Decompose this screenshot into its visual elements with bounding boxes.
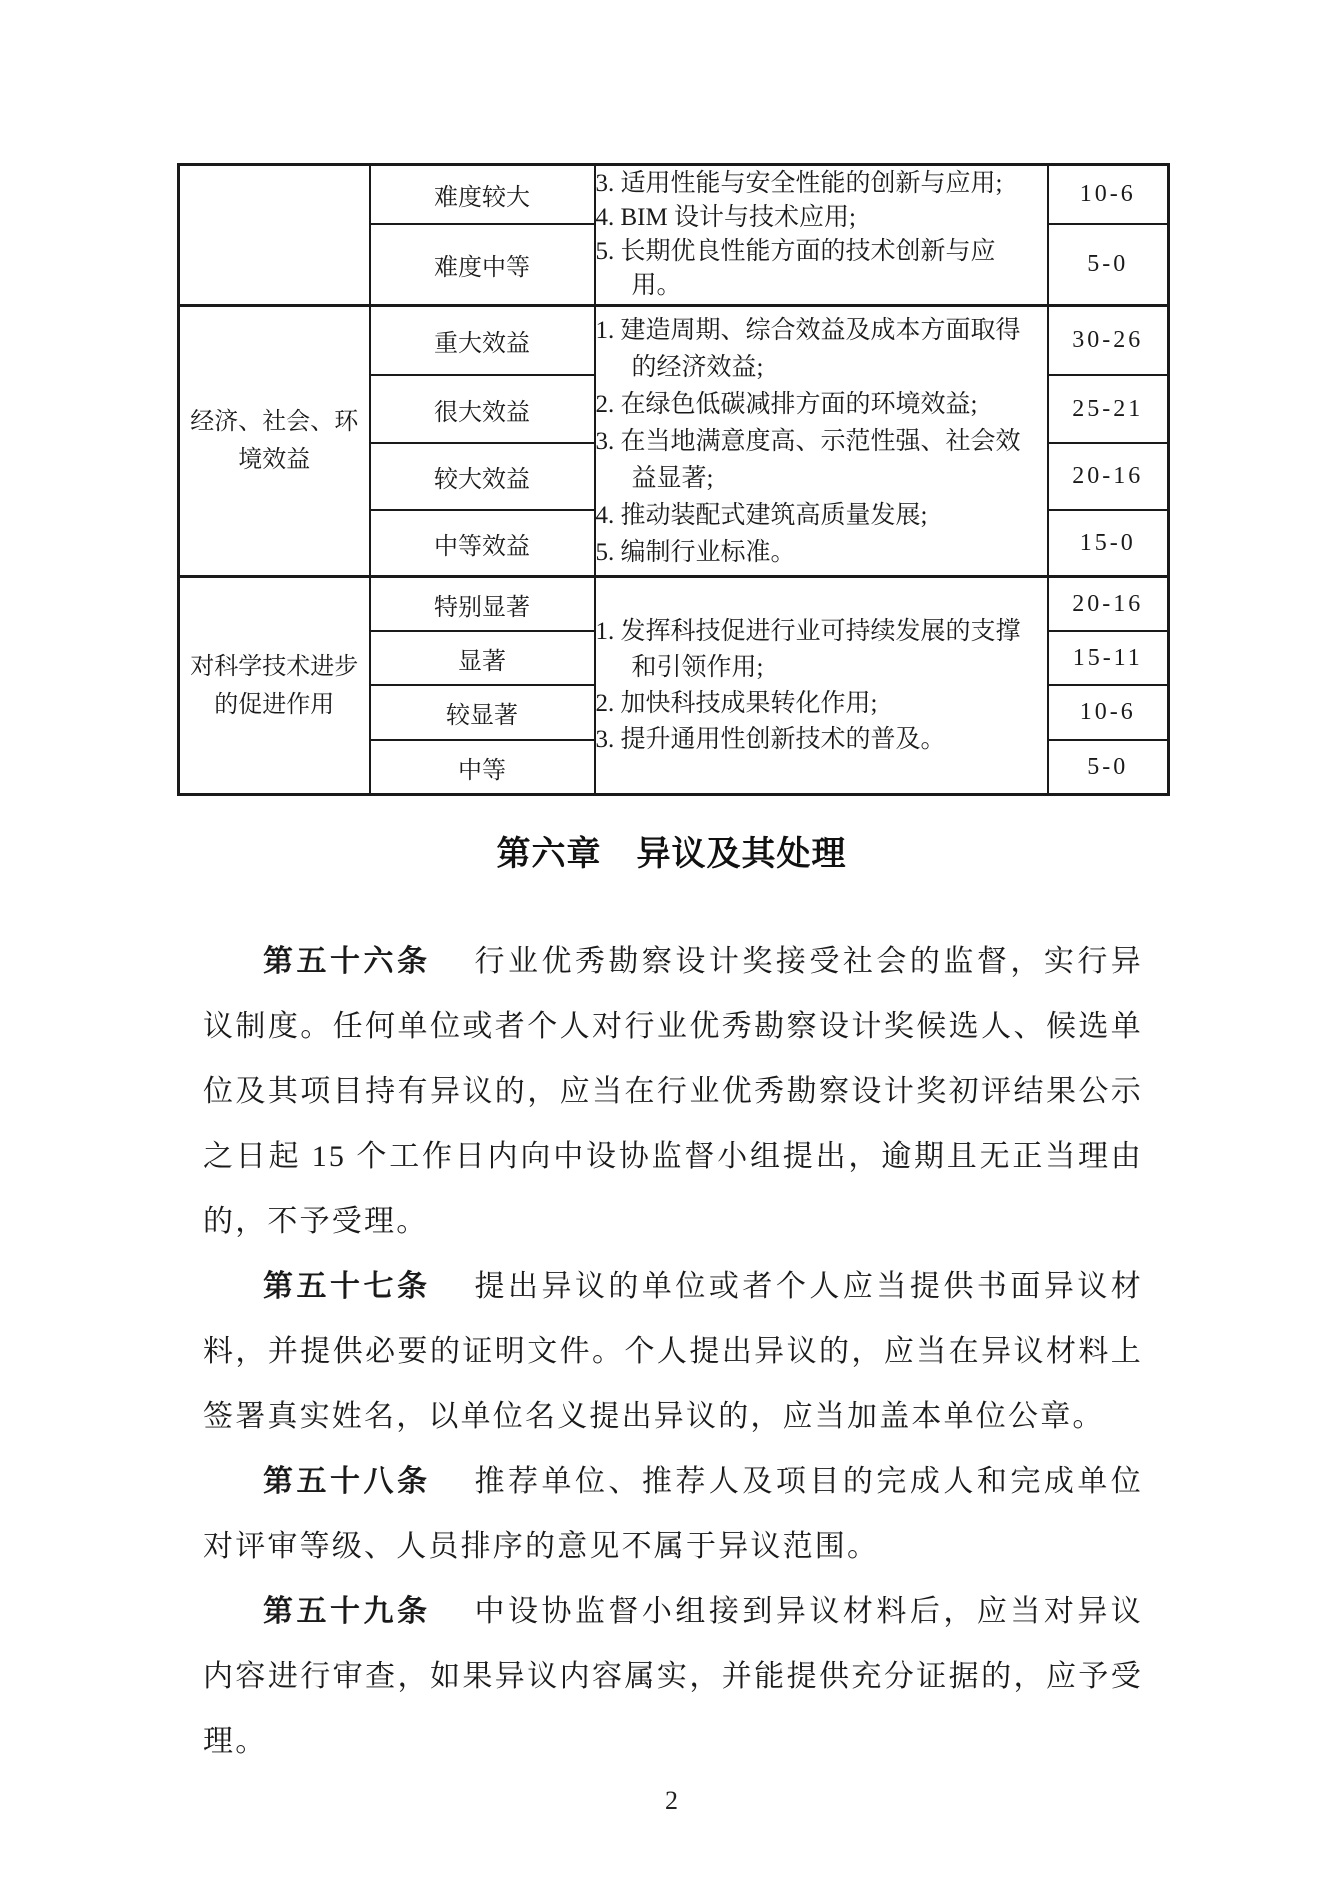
criteria-item: 2. 在绿色低碳减排方面的环境效益; (596, 386, 1047, 423)
score-cell: 5-0 (1048, 740, 1169, 795)
article-number: 第五十九条 (263, 1595, 430, 1628)
level-cell: 较大效益 (370, 443, 595, 510)
category-cell: 经济、社会、环境效益 (179, 306, 370, 577)
level-cell: 重大效益 (370, 306, 595, 376)
score-cell: 20-16 (1048, 443, 1169, 510)
table-row: 经济、社会、环境效益 重大效益 1. 建造周期、综合效益及成本方面取得 的经济效… (179, 306, 1169, 376)
criteria-item: 3. 在当地满意度高、示范性强、社会效 益显著; (596, 423, 1047, 497)
level-cell: 显著 (370, 631, 595, 685)
evaluation-table-wrapper: 难度较大 3. 适用性能与安全性能的创新与应用; 4. BIM 设计与技术应用;… (177, 163, 1167, 796)
score-cell: 10-6 (1048, 685, 1169, 740)
article-number: 第五十八条 (263, 1465, 430, 1498)
criteria-item: 5. 长期优良性能方面的技术创新与应 用。 (596, 235, 1047, 303)
score-cell: 10-6 (1048, 165, 1169, 225)
criteria-cell: 1. 建造周期、综合效益及成本方面取得 的经济效益; 2. 在绿色低碳减排方面的… (595, 306, 1048, 577)
category-cell (179, 165, 370, 306)
article-body: 第五十六条行业优秀勘察设计奖接受社会的监督，实行异议制度。任何单位或者个人对行业… (203, 929, 1143, 1774)
level-cell: 特别显著 (370, 577, 595, 632)
level-cell: 难度中等 (370, 224, 595, 306)
criteria-cell: 1. 发挥科技促进行业可持续发展的支撑 和引领作用; 2. 加快科技成果转化作用… (595, 577, 1048, 795)
criteria-cell: 3. 适用性能与安全性能的创新与应用; 4. BIM 设计与技术应用; 5. 长… (595, 165, 1048, 306)
article-57: 第五十七条提出异议的单位或者个人应当提供书面异议材料，并提供必要的证明文件。个人… (203, 1254, 1143, 1449)
table-row: 难度较大 3. 适用性能与安全性能的创新与应用; 4. BIM 设计与技术应用;… (179, 165, 1169, 225)
article-59: 第五十九条中设协监督小组接到异议材料后，应当对异议内容进行审查，如果异议内容属实… (203, 1579, 1143, 1774)
level-cell: 难度较大 (370, 165, 595, 225)
score-cell: 5-0 (1048, 224, 1169, 306)
criteria-item: 1. 发挥科技促进行业可持续发展的支撑 和引领作用; (596, 614, 1047, 686)
article-number: 第五十六条 (263, 945, 430, 978)
criteria-item: 4. 推动装配式建筑高质量发展; (596, 497, 1047, 534)
article-56: 第五十六条行业优秀勘察设计奖接受社会的监督，实行异议制度。任何单位或者个人对行业… (203, 929, 1143, 1254)
score-cell: 15-11 (1048, 631, 1169, 685)
score-cell: 20-16 (1048, 577, 1169, 632)
score-cell: 15-0 (1048, 510, 1169, 577)
article-58: 第五十八条推荐单位、推荐人及项目的完成人和完成单位对评审等级、人员排序的意见不属… (203, 1449, 1143, 1579)
criteria-item: 5. 编制行业标准。 (596, 534, 1047, 571)
level-cell: 很大效益 (370, 375, 595, 443)
page-number: 2 (0, 1786, 1343, 1816)
score-cell: 25-21 (1048, 375, 1169, 443)
article-number: 第五十七条 (263, 1270, 430, 1303)
category-cell: 对科学技术进步的促进作用 (179, 577, 370, 795)
chapter-title: 第六章 异议及其处理 (0, 826, 1343, 875)
criteria-item: 3. 适用性能与安全性能的创新与应用; (596, 167, 1047, 201)
document-page: 难度较大 3. 适用性能与安全性能的创新与应用; 4. BIM 设计与技术应用;… (0, 0, 1343, 1900)
level-cell: 中等效益 (370, 510, 595, 577)
level-cell: 较显著 (370, 685, 595, 740)
score-cell: 30-26 (1048, 306, 1169, 376)
criteria-item: 2. 加快科技成果转化作用; (596, 686, 1047, 722)
criteria-item: 3. 提升通用性创新技术的普及。 (596, 722, 1047, 758)
article-text: 行业优秀勘察设计奖接受社会的监督，实行异议制度。任何单位或者个人对行业优秀勘察设… (203, 945, 1143, 1238)
table-row: 对科学技术进步的促进作用 特别显著 1. 发挥科技促进行业可持续发展的支撑 和引… (179, 577, 1169, 632)
criteria-item: 4. BIM 设计与技术应用; (596, 201, 1047, 235)
level-cell: 中等 (370, 740, 595, 795)
evaluation-table: 难度较大 3. 适用性能与安全性能的创新与应用; 4. BIM 设计与技术应用;… (177, 163, 1170, 796)
criteria-item: 1. 建造周期、综合效益及成本方面取得 的经济效益; (596, 312, 1047, 386)
